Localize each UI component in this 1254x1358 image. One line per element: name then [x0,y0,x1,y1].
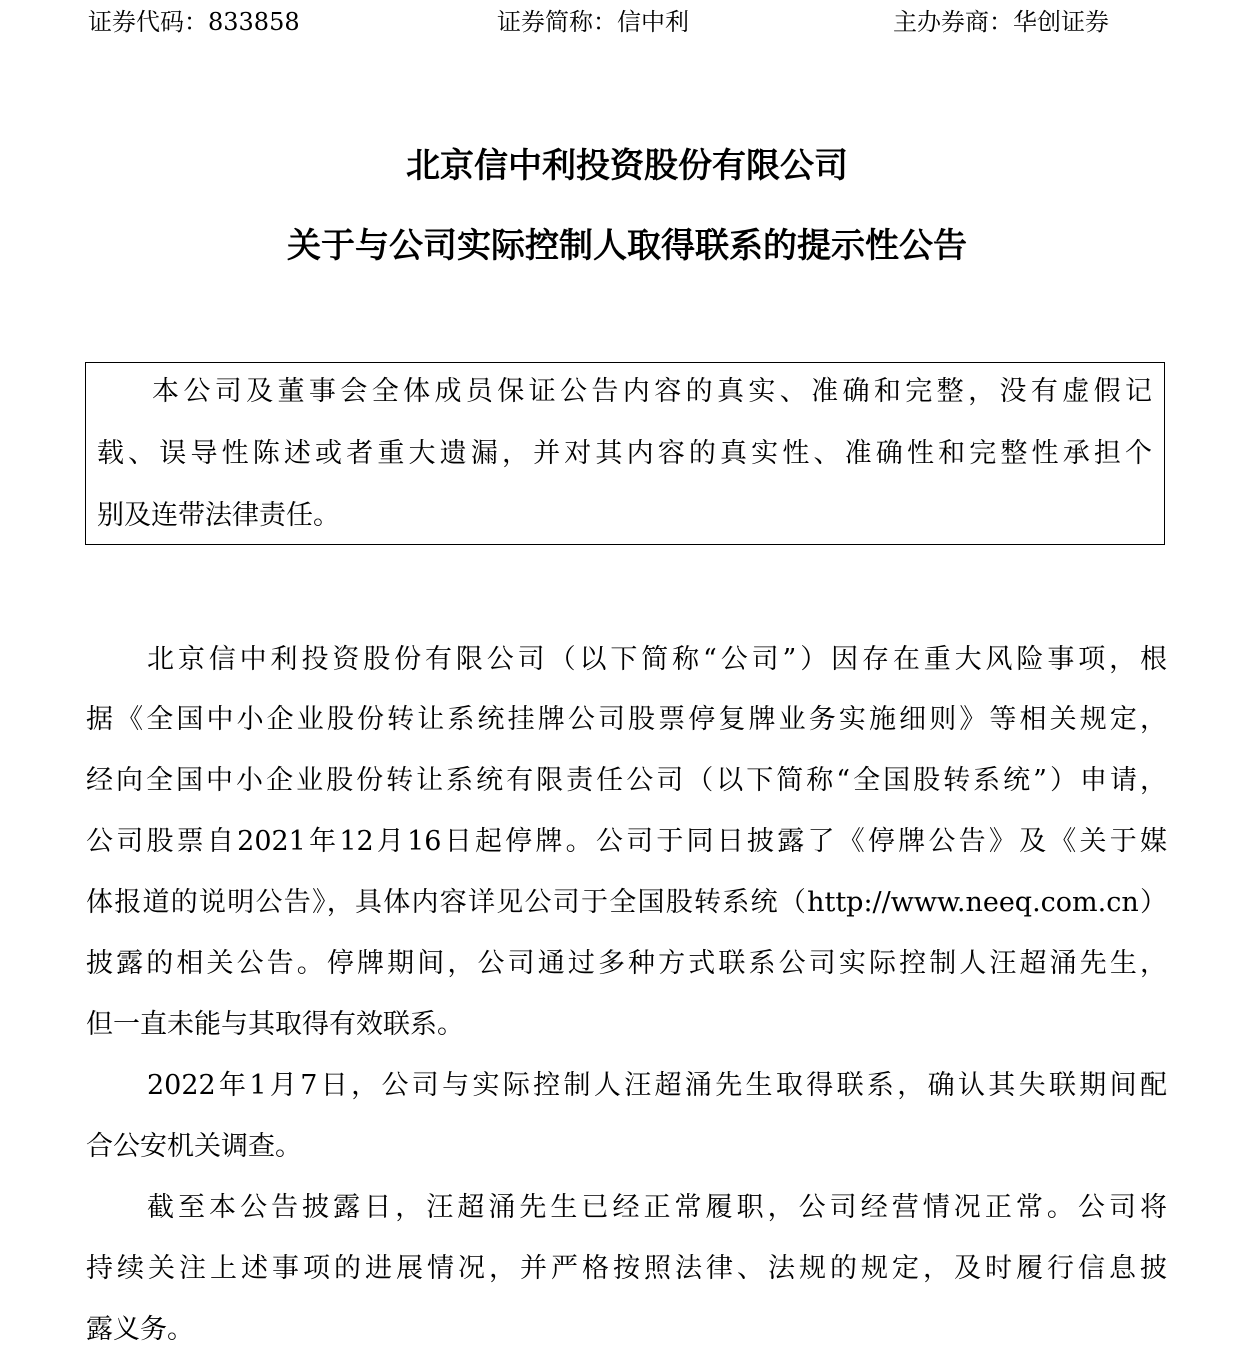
disclaimer-line: 载、误导性陈述或者重大遗漏，并对其内容的真实性、准确性和完整性承担个 [97,440,1152,467]
document-header: 证券代码：833858 证券简称：信中利 主办券商：华创证券 [0,0,1254,40]
sponsor-broker: 主办券商：华创证券 [893,2,1109,37]
paragraph-line: 截至本公告披露日，汪超涌先生已经正常履职，公司经营情况正常。公司将 [147,1194,1167,1221]
security-name: 证券简称：信中利 [497,2,689,37]
paragraph-line: 披露的相关公告。停牌期间，公司通过多种方式联系公司实际控制人汪超涌先生， [86,950,1167,977]
paragraph-line: 但一直未能与其取得有效联系。 [86,1011,464,1038]
paragraph-line: 持续关注上述事项的进展情况，并严格按照法律、法规的规定，及时履行信息披 [86,1255,1167,1282]
paragraph-line: 公司股票自2021年12月16日起停牌。公司于同日披露了《停牌公告》及《关于媒 [86,828,1167,855]
paragraph-line: 合公安机关调查。 [86,1133,302,1160]
disclaimer-line: 别及连带法律责任。 [97,502,340,529]
paragraph-line: 露义务。 [86,1316,194,1343]
paragraph-line: 北京信中利投资股份有限公司（以下简称“公司”）因存在重大风险事项，根 [147,646,1167,673]
title-announcement: 关于与公司实际控制人取得联系的提示性公告 [0,218,1254,267]
paragraph-line: 2022年1月7日，公司与实际控制人汪超涌先生取得联系，确认其失联期间配 [147,1072,1167,1099]
title-company: 北京信中利投资股份有限公司 [0,138,1254,187]
security-code: 证券代码：833858 [88,2,300,37]
paragraph-line: 经向全国中小企业股份转让系统有限责任公司（以下简称“全国股转系统”）申请， [86,767,1167,794]
paragraph-line: 体报道的说明公告》，具体内容详见公司于全国股转系统（http://www.nee… [86,889,1167,916]
disclaimer-line: 本公司及董事会全体成员保证公告内容的真实、准确和完整，没有虚假记 [152,378,1152,405]
paragraph-line: 据《全国中小企业股份转让系统挂牌公司股票停复牌业务实施细则》等相关规定， [86,706,1167,733]
